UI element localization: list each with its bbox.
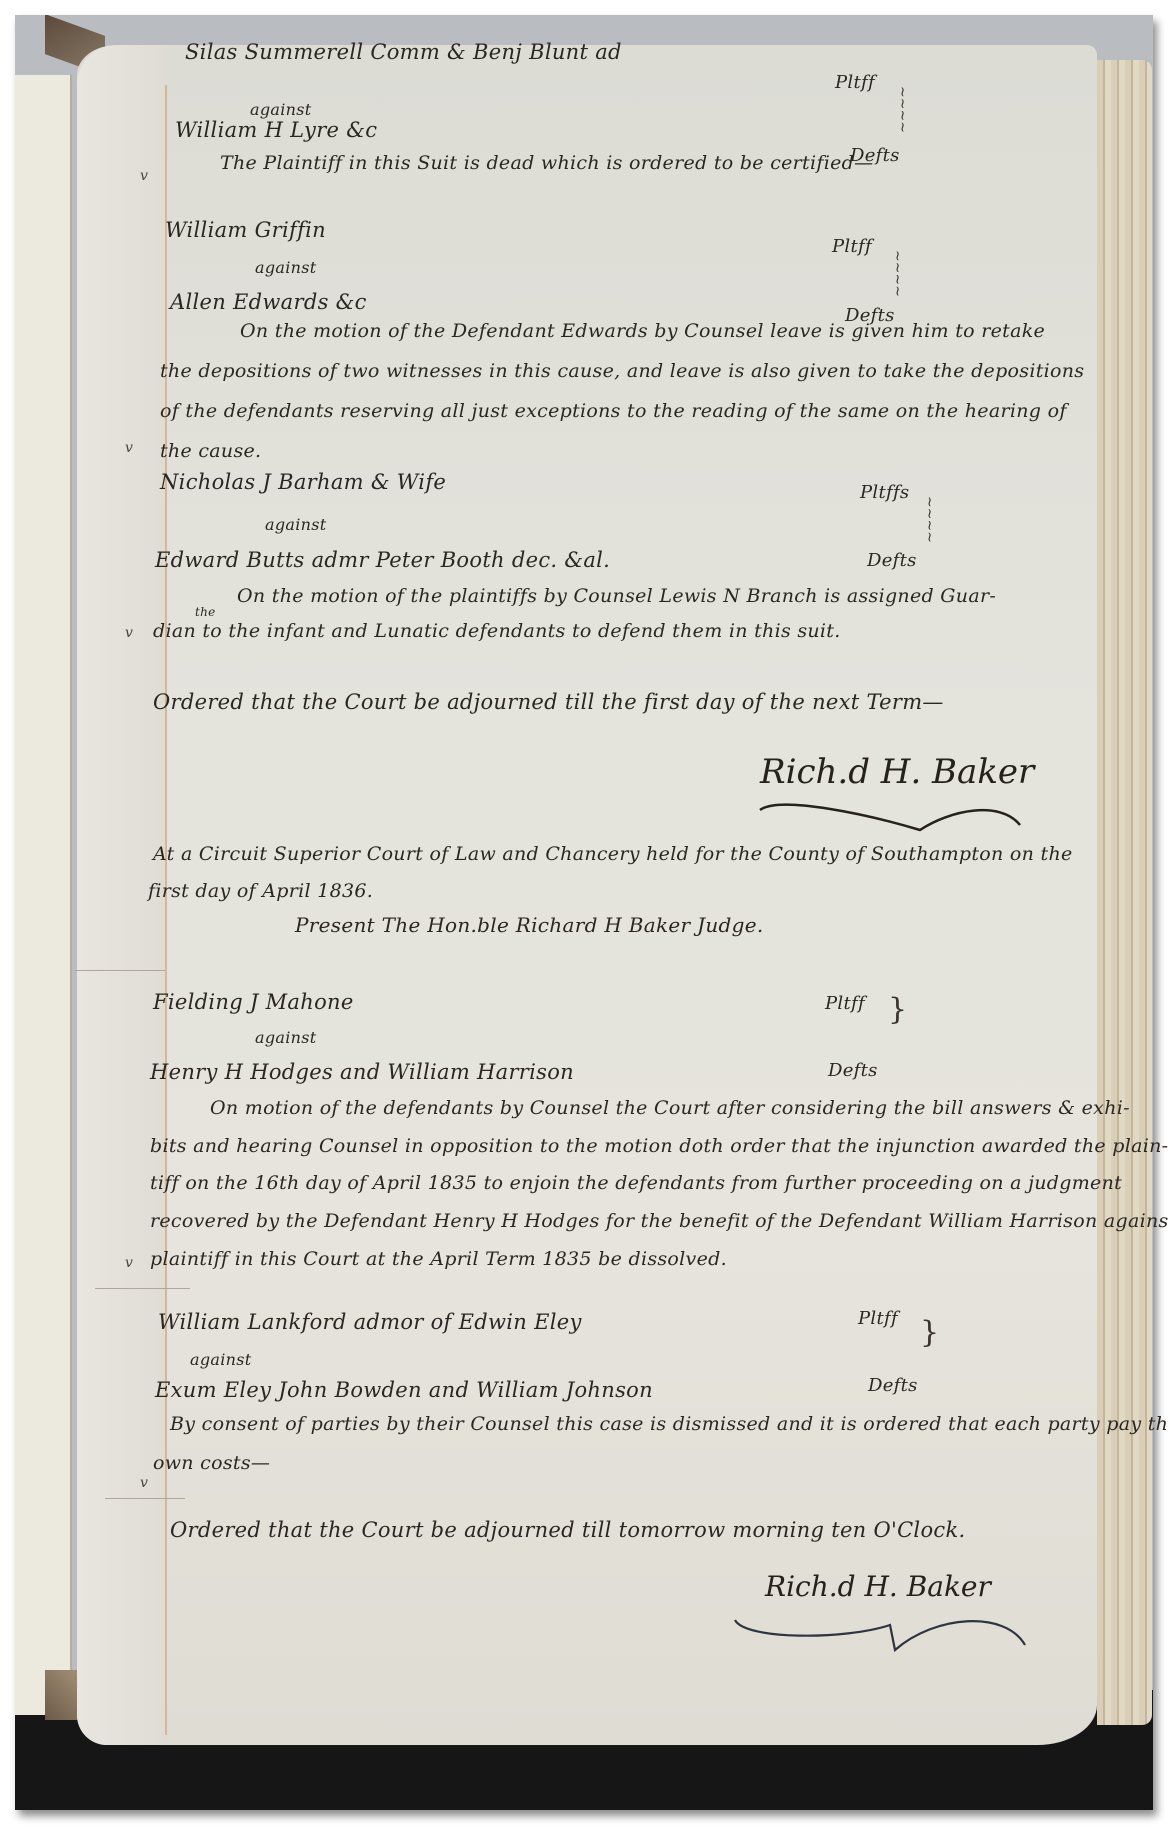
entry-3-defendant: Edward Butts admr Peter Booth dec. &al.	[155, 548, 610, 572]
brace-icon: }	[920, 1318, 939, 1348]
entry-5-defendant: Exum Eley John Bowden and William Johnso…	[155, 1378, 653, 1402]
entry-2-order-line: the depositions of two witnesses in this…	[160, 360, 1084, 382]
entry-5-against: against	[190, 1350, 251, 1369]
brace-icon: }	[888, 995, 907, 1025]
session-heading-line: first day of April 1836.	[148, 880, 373, 902]
present-line: Present The Hon.ble Richard H Baker Judg…	[295, 913, 764, 937]
page-edges-stack	[1097, 60, 1152, 1725]
entry-4-plaintiff-label: Pltff	[825, 993, 865, 1014]
entry-4-order-line: plaintiff in this Court at the April Ter…	[150, 1248, 727, 1270]
entry-4-order-line: On motion of the defendants by Counsel t…	[210, 1097, 1130, 1119]
entry-5-plaintiff-label: Pltff	[858, 1308, 898, 1329]
margin-tick	[95, 1288, 190, 1289]
entry-1-plaintiff: Silas Summerell Comm & Benj Blunt ad	[185, 40, 622, 64]
entry-4-order-line: recovered by the Defendant Henry H Hodge…	[150, 1210, 1168, 1232]
entry-2-against: against	[255, 258, 316, 277]
entry-4-defendant: Henry H Hodges and William Harrison	[150, 1060, 574, 1084]
entry-5-plaintiff: William Lankford admor of Edwin Eley	[158, 1310, 582, 1334]
entry-1-order-line: The Plaintiff in this Suit is dead which…	[220, 152, 873, 174]
entry-2-defendant: Allen Edwards &c	[170, 290, 367, 314]
entry-3-defendant-label: Defts	[867, 550, 917, 571]
margin-tick	[105, 1498, 185, 1499]
margin-check-mark: v	[125, 440, 133, 456]
adjournment-order-1: Ordered that the Court be adjourned till…	[153, 690, 944, 714]
adjournment-order-2: Ordered that the Court be adjourned till…	[170, 1518, 965, 1542]
entry-3-order-line: dian to the infant and Lunatic defendant…	[153, 620, 841, 642]
entry-4-order-line: bits and hearing Counsel in opposition t…	[150, 1135, 1168, 1157]
margin-check-mark: v	[125, 1255, 133, 1271]
entry-1-against: against	[250, 100, 311, 119]
margin-check-mark: v	[125, 625, 133, 641]
entry-2-order-line: of the defendants reserving all just exc…	[160, 400, 1067, 422]
judge-signature-2: Rich.d H. Baker	[765, 1570, 991, 1603]
entry-2-order-line: On the motion of the Defendant Edwards b…	[240, 320, 1045, 342]
margin-rule	[165, 85, 167, 1735]
signature-flourish-icon	[725, 1605, 1035, 1675]
margin-tick	[75, 970, 165, 971]
margin-check-mark: v	[140, 168, 148, 184]
entry-3-order-line: On the motion of the plaintiffs by Couns…	[237, 585, 996, 607]
entry-4-against: against	[255, 1028, 316, 1047]
entry-3-plaintiff: Nicholas J Barham & Wife	[160, 470, 446, 494]
brace-icon: ~~~~	[895, 86, 909, 133]
entry-5-defendant-label: Defts	[868, 1375, 918, 1396]
entry-2-plaintiff-label: Pltff	[832, 236, 872, 257]
margin-check-mark: v	[140, 1475, 148, 1491]
entry-1-defendant: William H Lyre &c	[175, 118, 377, 142]
facing-page-edge	[15, 75, 72, 1715]
entry-2-plaintiff: William Griffin	[165, 218, 326, 242]
entry-4-defendant-label: Defts	[828, 1060, 878, 1081]
entry-3-interlinear: the	[195, 605, 216, 619]
session-heading-line: At a Circuit Superior Court of Law and C…	[153, 843, 1073, 865]
judge-signature-1: Rich.d H. Baker	[760, 752, 1034, 792]
entry-4-plaintiff: Fielding J Mahone	[153, 990, 354, 1014]
entry-3-against: against	[265, 515, 326, 534]
signature-flourish-icon	[750, 790, 1030, 840]
entry-3-plaintiff-label: Pltffs	[860, 482, 909, 503]
entry-4-order-line: tiff on the 16th day of April 1835 to en…	[150, 1172, 1122, 1194]
entry-5-order-line: own costs—	[153, 1452, 270, 1474]
entry-1-plaintiff-label: Pltff	[835, 72, 875, 93]
brace-icon: ~~~~	[890, 250, 904, 297]
entry-2-order-line: the cause.	[160, 440, 261, 462]
entry-5-order-line: By consent of parties by their Counsel t…	[170, 1413, 1168, 1435]
brace-icon: ~~~~	[922, 496, 936, 543]
